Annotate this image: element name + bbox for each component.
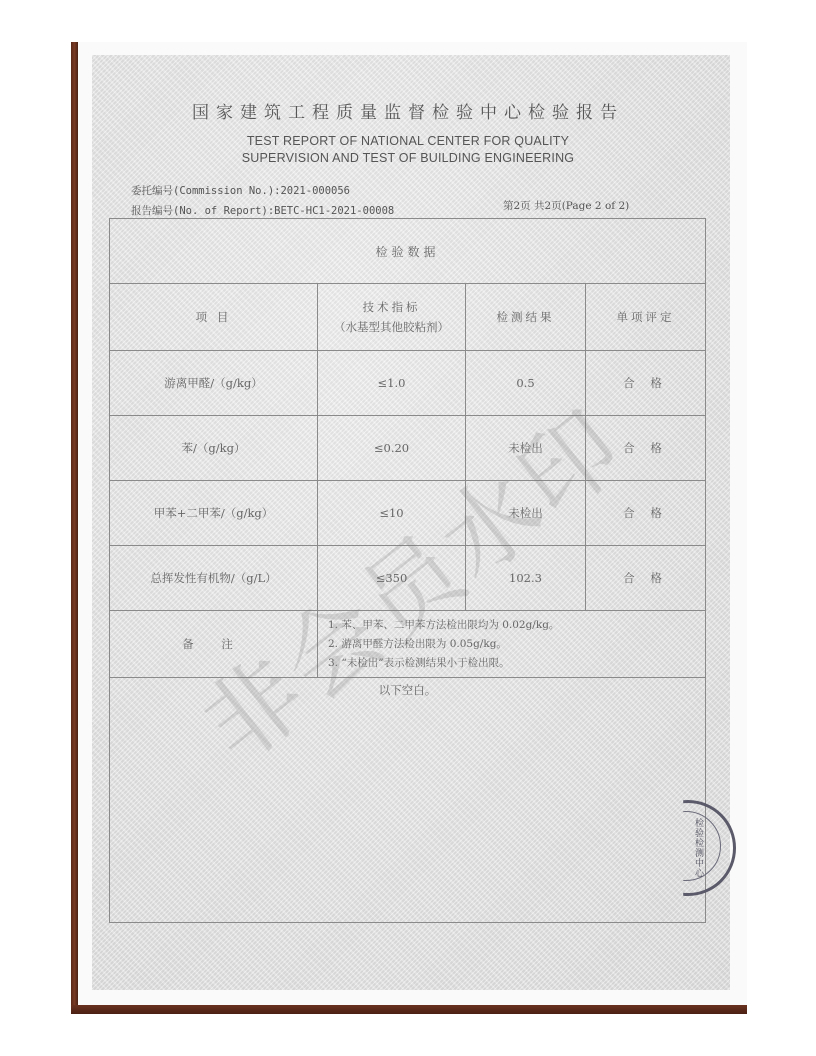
desk-edge-bottom — [71, 1005, 747, 1014]
header-spec-label: 技术指标 — [363, 300, 421, 314]
cell-verdict: 合 格 — [586, 351, 706, 416]
header-verdict: 单项评定 — [586, 284, 706, 351]
desk-edge-left — [71, 42, 78, 1014]
report-title-chinese: 国家建筑工程质量监督检验中心检验报告 — [0, 98, 816, 123]
report-title-english-line1: TEST REPORT OF NATIONAL CENTER FOR QUALI… — [0, 134, 816, 148]
report-title-english-line2: SUPERVISION AND TEST OF BUILDING ENGINEE… — [0, 151, 816, 165]
commission-number: 委托编号(Commission No.):2021-000056 — [131, 183, 350, 198]
table-row: 游离甲醛/（g/kg） ≤1.0 0.5 合 格 — [110, 351, 706, 416]
cell-item: 苯/（g/kg） — [110, 416, 318, 481]
cell-item: 游离甲醛/（g/kg） — [110, 351, 318, 416]
cell-item: 甲苯+二甲苯/（g/kg） — [110, 481, 318, 546]
header-item: 项 目 — [110, 284, 318, 351]
cell-verdict: 合 格 — [586, 546, 706, 611]
page-indicator: 第2页 共2页(Page 2 of 2) — [503, 198, 629, 213]
cell-spec: ≤1.0 — [318, 351, 466, 416]
seal-text: 检验检测中心 — [692, 818, 705, 878]
report-number: 报告编号(No. of Report):BETC-HC1-2021-00008 — [131, 203, 394, 218]
header-spec: 技术指标 （水基型其他胶粘剂） — [318, 284, 466, 351]
header-result: 检测结果 — [466, 284, 586, 351]
header-spec-sub: （水基型其他胶粘剂） — [318, 319, 465, 335]
table-caption: 检验数据 — [110, 219, 706, 284]
